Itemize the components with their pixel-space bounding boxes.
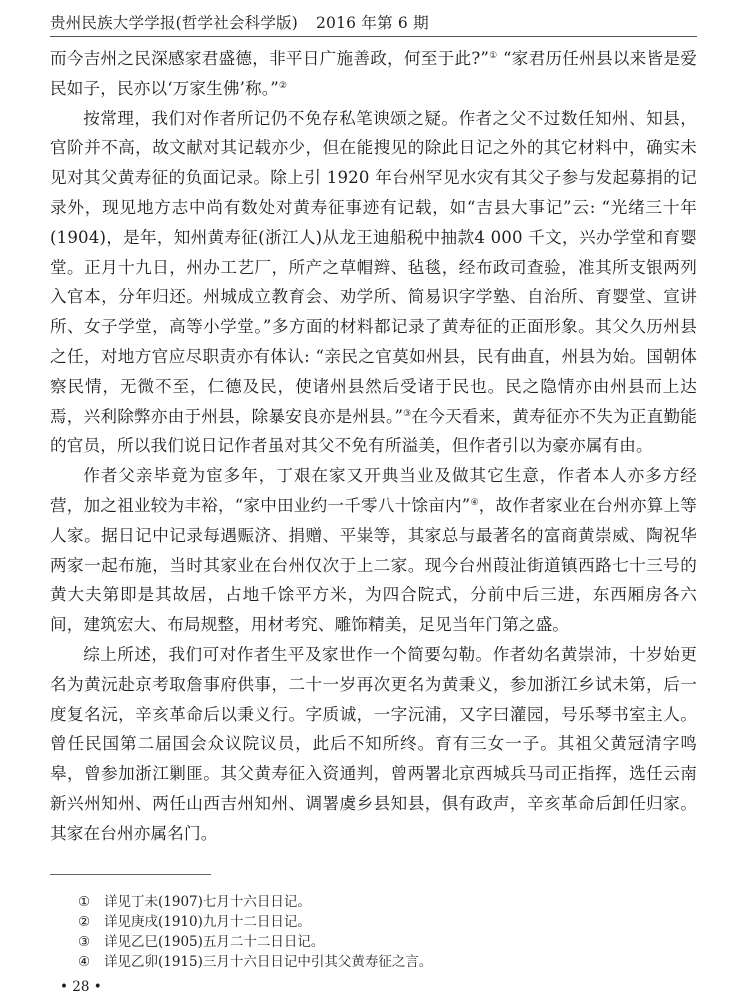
running-header: 贵州民族大学学报(哲学社会科学版)2016 年第 6 期 <box>50 12 697 36</box>
footnote-text: 详见丁未(1907)七月十六日日记。 <box>104 894 311 910</box>
paragraph: 作者父亲毕竟为宦多年，丁艰在家又开典当业及做其它生意，作者本人亦多方经营，加之祖… <box>50 461 697 640</box>
paragraph: 而今吉州之民深感家君盛德，非平日广施善政，何至于此?”① “家君历任州县以来皆是… <box>50 44 697 104</box>
footnote-text: 详见庚戌(1910)九月十二日日记。 <box>104 914 311 930</box>
paragraph-text: 而今吉州之民深感家君盛德，非平日广施善政，何至于此?” <box>50 49 489 68</box>
paragraph: 按常理，我们对作者所记仍不免存私笔谀颂之疑。作者之父不过数任知州、知县，官阶并不… <box>50 104 697 462</box>
footnote-item: ①详见丁未(1907)七月十六日日记。 <box>78 892 678 912</box>
journal-title: 贵州民族大学学报(哲学社会科学版) <box>50 14 298 32</box>
footnote-text: 详见乙卯(1915)三月十六日日记中引其父黄寿征之言。 <box>104 954 432 970</box>
footnote-text: 详见乙巳(1905)五月二十二日日记。 <box>104 934 324 950</box>
issue-label: 2016 年第 6 期 <box>316 14 429 32</box>
footnote-item: ④详见乙卯(1915)三月十六日日记中引其父黄寿征之言。 <box>78 952 678 972</box>
footnote-marker: ① <box>78 892 104 912</box>
footnote-ref[interactable]: ② <box>279 81 287 91</box>
footnote-marker: ② <box>78 912 104 932</box>
footnotes: ①详见丁未(1907)七月十六日日记。②详见庚戌(1910)九月十二日日记。③详… <box>78 892 678 972</box>
page-number: • 28 • <box>60 977 102 997</box>
paragraph-text: 按常理，我们对作者所记仍不免存私笔谀颂之疑。作者之父不过数任知州、知县，官阶并不… <box>50 109 697 426</box>
header-rule <box>50 36 697 37</box>
footnote-marker: ③ <box>78 932 104 952</box>
footnote-rule <box>50 874 211 875</box>
body-text: 而今吉州之民深感家君盛德，非平日广施善政，何至于此?”① “家君历任州县以来皆是… <box>50 44 697 849</box>
paragraph-text: ，故作者家业在台州亦算上等人家。据日记中记录每遇赈济、捐赠、平粜等，其家总与最著… <box>50 496 697 634</box>
footnote-marker: ④ <box>78 952 104 972</box>
paragraph-text: 综上所述，我们可对作者生平及家世作一个简要勾勒。作者幼名黄崇沛，十岁始更名为黄沅… <box>50 645 697 843</box>
footnote-item: ③详见乙巳(1905)五月二十二日日记。 <box>78 932 678 952</box>
footnote-ref[interactable]: ④ <box>470 498 478 508</box>
paragraph: 综上所述，我们可对作者生平及家世作一个简要勾勒。作者幼名黄崇沛，十岁始更名为黄沅… <box>50 640 697 849</box>
footnote-item: ②详见庚戌(1910)九月十二日日记。 <box>78 912 678 932</box>
